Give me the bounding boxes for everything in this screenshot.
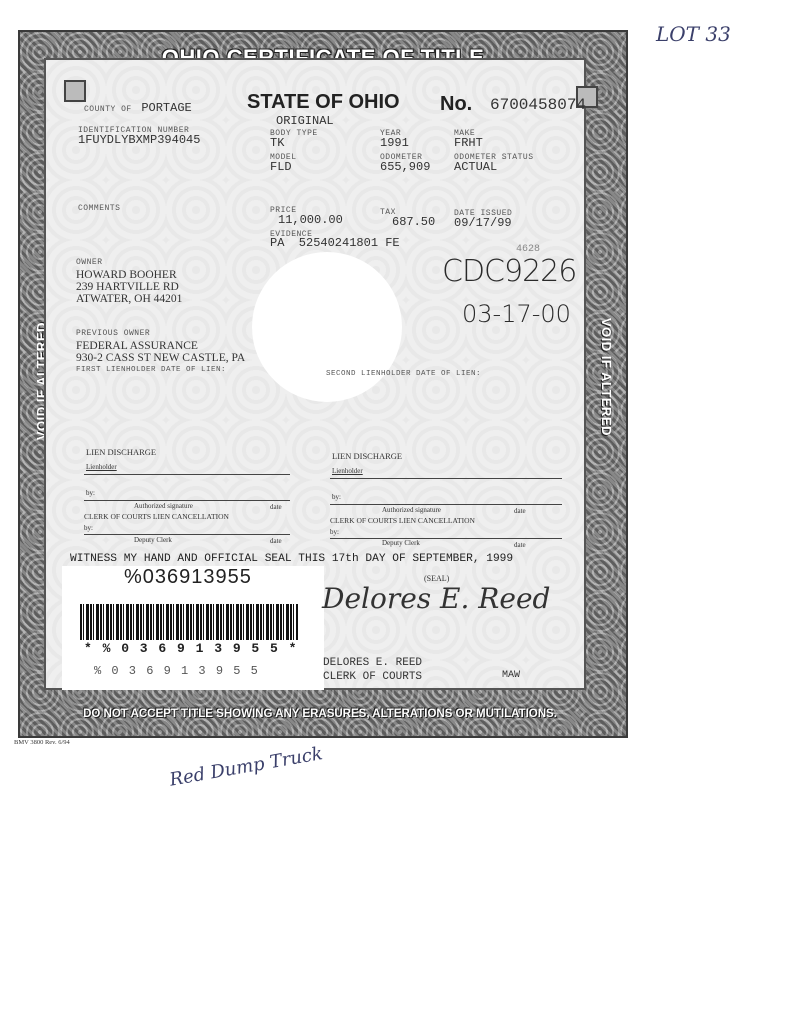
lienholder-line-1 bbox=[84, 474, 290, 475]
deputy-line-1 bbox=[84, 534, 290, 535]
model-value: FLD bbox=[270, 160, 297, 174]
model-field: MODEL FLD bbox=[270, 153, 297, 174]
lienholder-label-2: Lienholder bbox=[332, 467, 363, 475]
punched-hole bbox=[252, 252, 402, 402]
date-issued-field: DATE ISSUED 09/17/99 bbox=[454, 209, 512, 230]
owner-name: HOWARD BOOHER bbox=[76, 269, 182, 281]
by-label-2b: by: bbox=[330, 528, 339, 536]
body-type-value: TK bbox=[270, 136, 318, 150]
handwritten-date: 03-17-00 bbox=[462, 300, 571, 328]
lot-number-note: LOT 33 bbox=[656, 22, 731, 46]
odometer-status-value: ACTUAL bbox=[454, 160, 534, 174]
date-label-1b: date bbox=[270, 537, 282, 545]
clerk-signature: Delores E. Reed bbox=[322, 582, 550, 615]
authorized-signature-1: Authorized signature bbox=[134, 502, 193, 510]
body-type-field: BODY TYPE TK bbox=[270, 129, 318, 150]
clerk-title: CLERK OF COURTS bbox=[323, 670, 422, 684]
form-number: BMV 3800 Rev. 6/94 bbox=[14, 739, 70, 746]
comments-label: COMMENTS bbox=[78, 204, 120, 213]
evidence-value: PA 52540241801 FE bbox=[270, 236, 400, 250]
barcode bbox=[80, 604, 298, 640]
witness-statement: WITNESS MY HAND AND OFFICIAL SEAL THIS 1… bbox=[70, 553, 513, 565]
clerk-name: DELORES E. REED bbox=[323, 656, 422, 670]
evidence-field: EVIDENCE PA 52540241801 FE bbox=[270, 230, 400, 250]
corner-ornament bbox=[64, 80, 86, 102]
price-value: 11,000.00 bbox=[270, 213, 343, 227]
void-if-altered-right: VOID IF ALTERED bbox=[599, 318, 614, 436]
deputy-clerk-1: Deputy Clerk bbox=[134, 536, 172, 544]
date-issued-value: 09/17/99 bbox=[454, 216, 512, 230]
by-label-2: by: bbox=[332, 493, 341, 501]
lien-discharge-title-1: LIEN DISCHARGE bbox=[86, 447, 156, 457]
second-lienholder-label: SECOND LIENHOLDER DATE OF LIEN: bbox=[326, 370, 481, 378]
owner-address-2: ATWATER, OH 44201 bbox=[76, 293, 182, 305]
signature-line-1 bbox=[84, 500, 290, 501]
handwritten-note: Red Dump Truck bbox=[168, 743, 324, 791]
deputy-line-2 bbox=[330, 538, 562, 539]
clerk-block: DELORES E. REED CLERK OF COURTS bbox=[323, 656, 422, 684]
odometer-value: 655,909 bbox=[380, 160, 430, 174]
barcode-number-large: %036913955 bbox=[124, 566, 252, 589]
date-label-2: date bbox=[514, 507, 526, 515]
vin-field: IDENTIFICATION NUMBER 1FUYDLYBXMP394045 bbox=[78, 126, 200, 147]
tax-value: 687.50 bbox=[392, 215, 435, 229]
date-label-2b: date bbox=[514, 541, 526, 549]
price-field: PRICE 11,000.00 bbox=[270, 206, 343, 227]
barcode-print: % 0 3 6 9 1 3 9 5 5 bbox=[94, 664, 259, 678]
lienholder-label-1: Lienholder bbox=[86, 463, 117, 471]
vin-value: 1FUYDLYBXMP394045 bbox=[78, 133, 200, 147]
county-field: COUNTY OF PORTAGE bbox=[84, 98, 192, 116]
by-label-1b: by: bbox=[84, 524, 93, 532]
by-label-1: by: bbox=[86, 489, 95, 497]
authorized-signature-2: Authorized signature bbox=[382, 506, 441, 514]
number-label: No. bbox=[440, 93, 472, 116]
deputy-clerk-2: Deputy Clerk bbox=[382, 539, 420, 547]
year-field: YEAR 1991 bbox=[380, 129, 409, 150]
clerk-cancellation-2: CLERK OF COURTS LIEN CANCELLATION bbox=[330, 516, 475, 525]
state-heading: STATE OF OHIO bbox=[247, 91, 400, 114]
previous-owner-block: PREVIOUS OWNER FEDERAL ASSURANCE 930-2 C… bbox=[76, 328, 245, 364]
county-label: COUNTY OF bbox=[84, 105, 132, 114]
lien-discharge-title-2: LIEN DISCHARGE bbox=[332, 451, 402, 461]
make-value: FRHT bbox=[454, 136, 483, 150]
previous-owner-name: FEDERAL ASSURANCE bbox=[76, 340, 245, 352]
title-number: 6700458074 bbox=[490, 96, 586, 114]
clerk-cancellation-1: CLERK OF COURTS LIEN CANCELLATION bbox=[84, 512, 229, 521]
previous-owner-address: 930-2 CASS ST NEW CASTLE, PA bbox=[76, 352, 245, 364]
first-lienholder-label: FIRST LIENHOLDER DATE OF LIEN: bbox=[76, 366, 226, 374]
year-value: 1991 bbox=[380, 136, 409, 150]
bottom-warning: DO NOT ACCEPT TITLE SHOWING ANY ERASURES… bbox=[60, 708, 580, 720]
barcode-human-readable: * % 0 3 6 9 1 3 9 5 5 * bbox=[84, 641, 298, 656]
county-value: PORTAGE bbox=[141, 101, 191, 115]
handwritten-code: CDC9226 bbox=[442, 254, 576, 289]
original-stamp: ORIGINAL bbox=[276, 114, 334, 128]
signature-line-2 bbox=[330, 504, 562, 505]
lienholder-line-2 bbox=[330, 478, 562, 479]
odometer-status-field: ODOMETER STATUS ACTUAL bbox=[454, 153, 534, 174]
date-label-1: date bbox=[270, 503, 282, 511]
owner-label: OWNER bbox=[76, 257, 182, 269]
clerk-initials: MAW bbox=[502, 670, 520, 681]
owner-block: OWNER HOWARD BOOHER 239 HARTVILLE RD ATW… bbox=[76, 257, 182, 305]
owner-address-1: 239 HARTVILLE RD bbox=[76, 281, 182, 293]
make-field: MAKE FRHT bbox=[454, 129, 483, 150]
odometer-field: ODOMETER 655,909 bbox=[380, 153, 430, 174]
previous-owner-label: PREVIOUS OWNER bbox=[76, 328, 245, 340]
